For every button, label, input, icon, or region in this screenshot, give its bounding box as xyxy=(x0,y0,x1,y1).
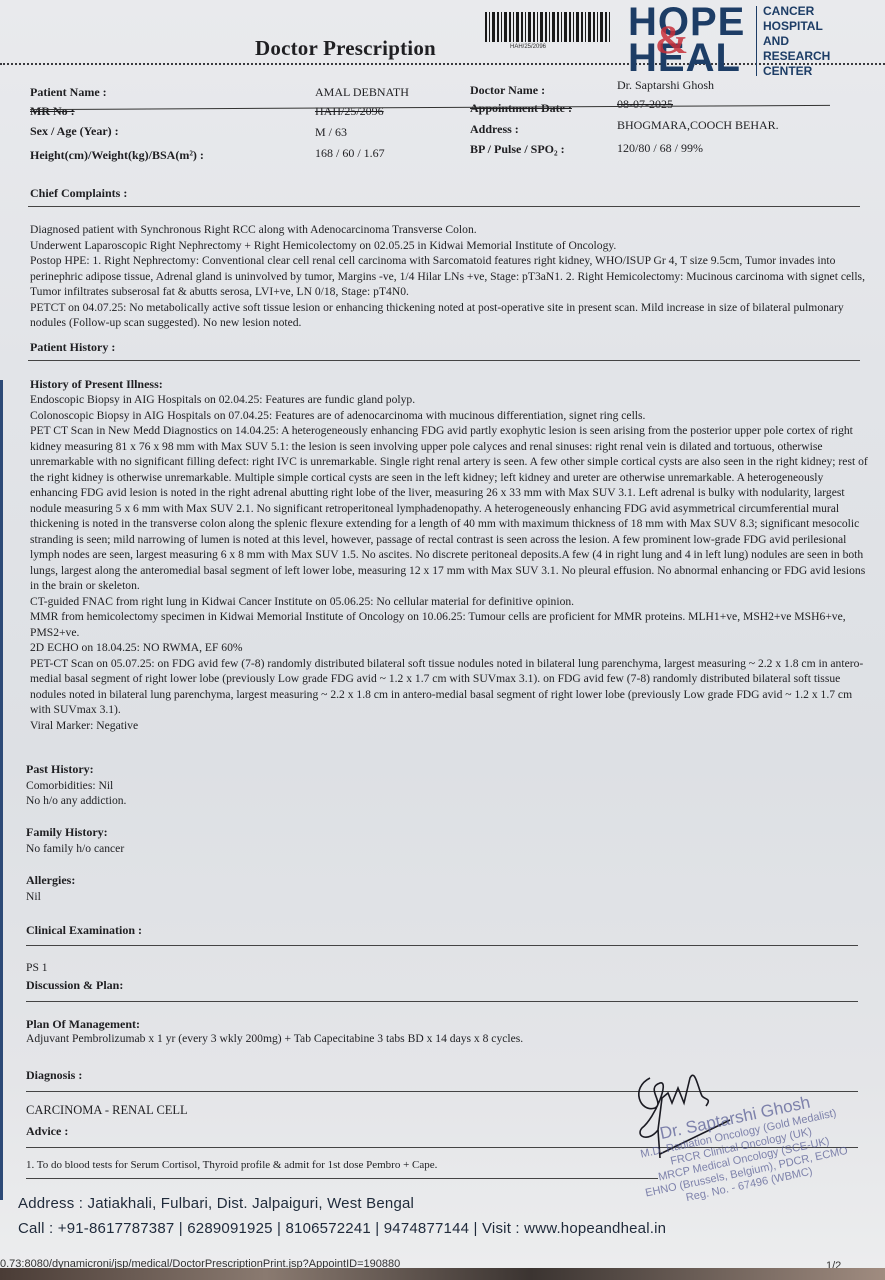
logo-sub-line: AND xyxy=(763,34,830,49)
section-divider xyxy=(26,945,858,946)
mr-no: HAH/25/2096 xyxy=(315,104,384,119)
appointment-date-label: Appointment Date : xyxy=(470,101,572,116)
family-history-line: No family h/o cancer xyxy=(26,841,124,857)
paragraph: Postop HPE: 1. Right Nephrectomy: Conven… xyxy=(30,253,868,300)
hpi-text: Endoscopic Biopsy in AIG Hospitals on 02… xyxy=(30,392,868,733)
address-label: Address : xyxy=(470,122,519,137)
past-history: Past History: Comorbidities: Nil No h/o … xyxy=(26,762,126,809)
discussion-label: Discussion & Plan: xyxy=(26,978,123,993)
advice-label: Advice : xyxy=(26,1124,68,1139)
past-history-line: Comorbidities: Nil xyxy=(26,778,126,794)
logo-sub-line: CANCER xyxy=(763,4,830,19)
logo-ampersand-icon: & xyxy=(655,16,688,63)
section-divider xyxy=(28,206,860,207)
allergies-label: Allergies: xyxy=(26,873,75,889)
paragraph: Underwent Laparoscopic Right Nephrectomy… xyxy=(30,238,868,254)
logo-subtitle: CANCER HOSPITAL AND RESEARCH CENTER xyxy=(763,4,830,79)
hospital-contact: Call : +91-8617787387 | 6289091925 | 810… xyxy=(18,1220,666,1237)
section-divider xyxy=(26,1178,658,1179)
header-divider xyxy=(0,63,885,65)
paragraph: Viral Marker: Negative xyxy=(30,718,868,734)
sex-age-label: Sex / Age (Year) : xyxy=(30,124,119,139)
paragraph: PETCT on 04.07.25: No metabolically acti… xyxy=(30,300,868,331)
table-surface xyxy=(0,1268,885,1280)
patient-name: AMAL DEBNATH xyxy=(315,85,409,100)
patient-name-label: Patient Name : xyxy=(30,85,107,100)
advice-value: 1. To do blood tests for Serum Cortisol,… xyxy=(26,1158,437,1174)
logo-sub-line: HOSPITAL xyxy=(763,19,830,34)
family-history-label: Family History: xyxy=(26,825,124,841)
section-divider xyxy=(28,360,860,361)
barcode-text: HAH/25/2096 xyxy=(510,44,546,50)
appointment-date: 08-07-2025 xyxy=(617,97,673,112)
vitals: 120/80 / 68 / 99% xyxy=(617,141,703,156)
page-edge xyxy=(0,380,3,1200)
allergies: Allergies: Nil xyxy=(26,873,75,904)
clinical-exam-label: Clinical Examination : xyxy=(26,923,142,938)
barcode xyxy=(485,12,610,42)
logo-divider xyxy=(756,6,757,76)
plan-value: Adjuvant Pembrolizumab x 1 yr (every 3 w… xyxy=(26,1031,523,1047)
height-weight-bsa-label: Height(cm)/Weight(kg)/BSA(m²) : xyxy=(30,148,204,163)
paragraph: CT-guided FNAC from right lung in Kidwai… xyxy=(30,594,868,610)
diagnosis-label: Diagnosis : xyxy=(26,1068,82,1083)
sex-age: M / 63 xyxy=(315,125,347,140)
section-divider xyxy=(26,1001,858,1002)
hospital-address: Address : Jatiakhali, Fulbari, Dist. Jal… xyxy=(18,1195,414,1212)
patient-address: BHOGMARA,COOCH BEHAR. xyxy=(617,118,779,133)
chief-complaints-label: Chief Complaints : xyxy=(30,186,127,201)
paragraph: MMR from hemicolectomy specimen in Kidwa… xyxy=(30,609,868,640)
paragraph: PET-CT Scan on 05.07.25: on FDG avid few… xyxy=(30,656,868,718)
document-title: Doctor Prescription xyxy=(255,36,436,61)
past-history-label: Past History: xyxy=(26,762,126,778)
doctor-name: Dr. Saptarshi Ghosh xyxy=(617,78,714,93)
paragraph: PET CT Scan in New Medd Diagnostics on 1… xyxy=(30,423,868,594)
vitals-label: BP / Pulse / SPO₂ : xyxy=(470,142,565,157)
mr-no-label: MR No : xyxy=(30,104,75,119)
paragraph: Endoscopic Biopsy in AIG Hospitals on 02… xyxy=(30,392,868,408)
logo-sub-line: RESEARCH xyxy=(763,49,830,64)
family-history: Family History: No family h/o cancer xyxy=(26,825,124,856)
hpi-label: History of Present Illness: xyxy=(30,377,163,392)
height-weight-bsa: 168 / 60 / 1.67 xyxy=(315,146,385,161)
clinical-exam-value: PS 1 xyxy=(26,960,48,976)
diagnosis-value: CARCINOMA - RENAL CELL xyxy=(26,1103,188,1119)
logo-sub-line: CENTER xyxy=(763,64,830,79)
paragraph: Diagnosed patient with Synchronous Right… xyxy=(30,222,868,238)
allergies-line: Nil xyxy=(26,889,75,905)
past-history-line: No h/o any addiction. xyxy=(26,793,126,809)
paragraph: 2D ECHO on 18.04.25: NO RWMA, EF 60% xyxy=(30,640,868,656)
plan-label: Plan Of Management: xyxy=(26,1017,140,1032)
paragraph: Colonoscopic Biopsy in AIG Hospitals on … xyxy=(30,408,868,424)
patient-history-label: Patient History : xyxy=(30,340,115,355)
chief-complaints-text: Diagnosed patient with Synchronous Right… xyxy=(30,222,868,331)
doctor-name-label: Doctor Name : xyxy=(470,83,545,98)
